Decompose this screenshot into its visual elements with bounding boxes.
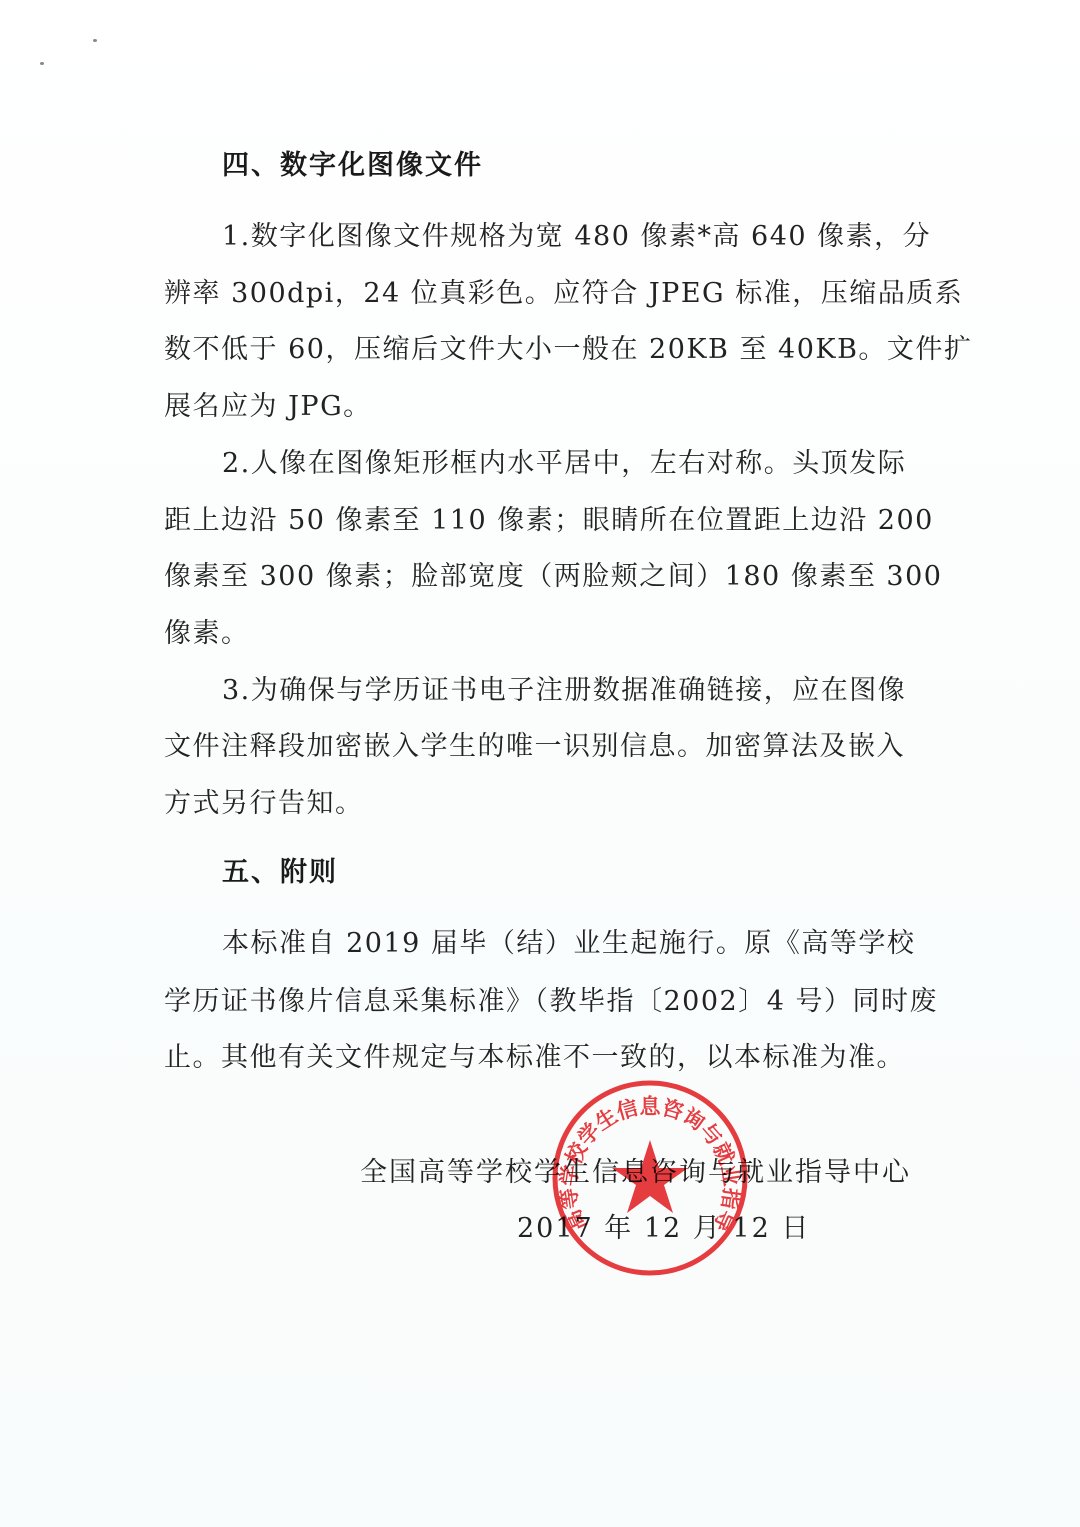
item-2-line-4: 像素。 [164,611,250,650]
scan-speck [93,39,97,42]
item-3-line-3: 方式另行告知。 [164,781,364,820]
item-1-line-1: 1.数字化图像文件规格为宽 480 像素*高 640 像素，分 [222,214,931,253]
item-3-line-1: 3.为确保与学历证书电子注册数据准确链接，应在图像 [222,668,906,707]
item-3-line-2: 文件注释段加密嵌入学生的唯一识别信息。加密算法及嵌入 [164,724,905,763]
item-1-line-2: 辨率 300dpi，24 位真彩色。应符合 JPEG 标准，压缩品质系 [164,271,963,310]
supplementary-line-3: 止。其他有关文件规定与本标准不一致的，以本标准为准。 [164,1035,905,1074]
supplementary-line-1: 本标准自 2019 届毕（结）业生起施行。原《高等学校 [222,921,915,960]
scanned-document-page: 四、数字化图像文件 1.数字化图像文件规格为宽 480 像素*高 640 像素，… [0,0,1080,1527]
item-2-line-1: 2.人像在图像矩形框内水平居中，左右对称。头顶发际 [222,441,906,480]
issuing-organization: 全国高等学校学生信息咨询与就业指导中心 [360,1150,911,1189]
scan-speck [40,62,44,65]
issue-date: 2017 年 12 月 12 日 [517,1206,810,1245]
section-5-heading: 五、附则 [222,850,338,889]
item-1-line-4: 展名应为 JPG。 [164,384,372,423]
item-2-line-2: 距上边沿 50 像素至 110 像素；眼睛所在位置距上边沿 200 [164,498,934,537]
section-4-heading: 四、数字化图像文件 [222,143,483,182]
item-1-line-3: 数不低于 60，压缩后文件大小一般在 20KB 至 40KB。文件扩 [164,327,972,366]
item-2-line-3: 像素至 300 像素；脸部宽度（两脸颊之间）180 像素至 300 [164,554,942,593]
supplementary-line-2: 学历证书像片信息采集标准》（教毕指〔2002〕4 号）同时废 [164,979,938,1018]
